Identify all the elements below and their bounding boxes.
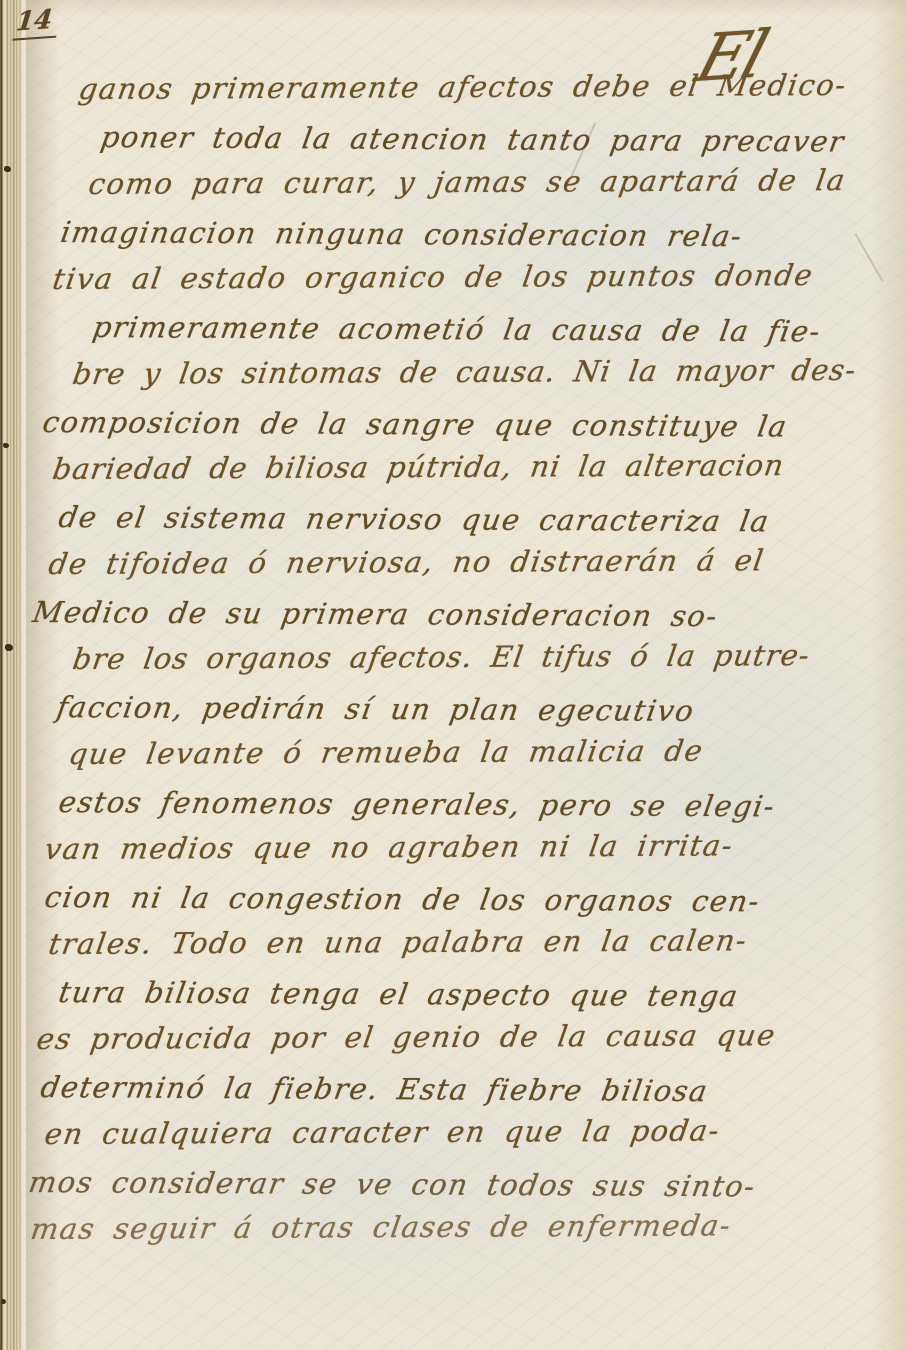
manuscript-line: van medios que no agraben ni la irrita-	[40, 827, 906, 879]
manuscript-line: trales. Todo en una palabra en la calen-	[44, 923, 906, 975]
manuscript-line: de tifoidea ó nerviosa, no distraerán á …	[44, 543, 906, 595]
ink-speck	[5, 644, 13, 651]
manuscript-line: bre y los sintomas de causa. Ni la mayor…	[68, 353, 906, 405]
ink-speck	[3, 443, 9, 448]
manuscript-photo: 14 El ganos primeramente afectos debe el…	[0, 0, 906, 1350]
page-number: 14	[12, 4, 60, 40]
manuscript-line: ganos primeramente afectos debe el Medic…	[74, 68, 906, 120]
manuscript-line: bre los organos afectos. El tifus ó la p…	[68, 638, 906, 690]
manuscript-line: en cualquiera caracter en que la poda-	[40, 1112, 906, 1164]
manuscript-line: mas seguir á otras clases de enfermeda-	[26, 1207, 906, 1259]
manuscript-line: tiva al estado organico de los puntos do…	[48, 258, 906, 310]
ink-speck	[1, 1299, 6, 1304]
manuscript-line: que levante ó remueba la malicia de	[64, 733, 906, 785]
manuscript-line: bariedad de biliosa pútrida, ni la alter…	[48, 448, 906, 500]
manuscript-line: es producida por el genio de la causa qu…	[32, 1017, 906, 1069]
ink-speck	[4, 166, 11, 172]
manuscript-line: como para curar, y jamas se apartará de …	[84, 163, 906, 215]
handwritten-text-block: ganos primeramente afectos debe el Medic…	[20, 72, 906, 1260]
